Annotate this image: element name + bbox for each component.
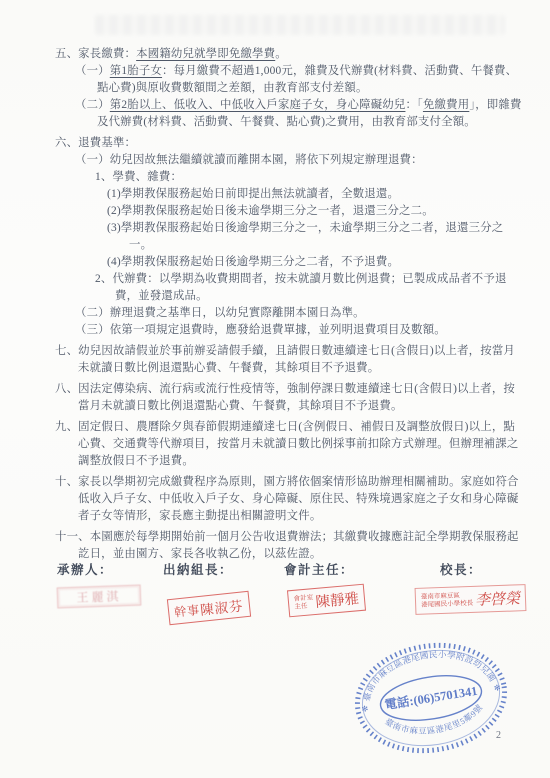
doc-paragraph: （一）幼兒因故無法繼續就讀而離開本園，將依下列規定辦理退費： <box>75 152 523 169</box>
text-run: 1、學費、雜費： <box>95 171 182 183</box>
text-run: （三）依第一項規定退費時，應發給退費單據，並列明退費項目及數額。 <box>75 324 446 336</box>
handler-name-stamp: 王麗淇 <box>57 585 142 609</box>
page-number: 2 <box>496 730 501 741</box>
doc-paragraph: 1、學費、雜費： <box>95 169 523 186</box>
seal-left-floret-icon: ✻ <box>361 704 369 714</box>
signature-label-handler: 承辦人： <box>57 560 113 578</box>
doc-paragraph: 七、幼兒因故請假並於事前辦妥請假手續，且請假日數連續達七日(含假日)以上者，按當… <box>55 343 523 377</box>
text-run: 八、因法定傳染病、流行病或流行性疫情等，強制停課日數連續達七日(含假日)以上者，… <box>55 383 515 412</box>
cashier-name-stamp: 幹事陳淑芬 <box>167 591 251 625</box>
accounting-stamp-title: 會計室 主任 <box>293 594 314 611</box>
doc-paragraph: (2)學期教保服務起始日後未逾學期三分之一者，退還三分之二。 <box>107 203 523 220</box>
text-run: （二）辦理退費之基準日，以幼兒實際離開本園日為準。 <box>75 307 365 319</box>
text-run: ：「 <box>405 99 422 111</box>
doc-paragraph: （二）辦理退費之基準日，以幼兒實際離開本園日為準。 <box>75 305 523 322</box>
principal-stamp-name: 李啓榮 <box>475 587 521 610</box>
principal-stamp-org: 臺南市麻豆區 港尾國民小學校長 <box>421 592 473 609</box>
doc-paragraph: （二）第2胎以上、低收入、中低收入戶家庭子女，身心障礙幼兒：「免繳費用」，即雜費… <box>75 97 523 131</box>
text-run: (4)學期教保服務起始日後逾學期三分之二者，不予退費。 <box>107 256 399 268</box>
text-run: 七、幼兒因故請假並於事前辦妥請假手續，且請假日數連續達七日(含假日)以上者，按當… <box>55 345 515 374</box>
doc-paragraph: (4)學期教保服務起始日後逾學期三分之二者，不予退費。 <box>107 254 523 271</box>
accounting-chief-stamp: 會計室 主任 陳靜雅 <box>287 584 366 618</box>
text-run: (2)學期教保服務起始日後未逾學期三分之一者，退還三分之二。 <box>107 205 434 217</box>
doc-paragraph: 六、退費基準： <box>55 135 523 152</box>
text-run: （一） <box>75 65 110 77</box>
text-run: 十、家長以學期初完成繳費程序為原則，園方將依個案情形協助辦理相關補助。家庭如符合… <box>55 476 519 522</box>
text-run: 。 <box>275 48 287 60</box>
text-run: 六、退費基準： <box>55 137 136 149</box>
seal-right-floret-icon: ✻ <box>493 683 501 693</box>
underlined-text: 第2胎以上、低收入、中低收入戶家庭子女，身心障礙幼兒 <box>110 99 406 111</box>
signature-label-principal: 校長： <box>440 560 482 578</box>
doc-paragraph: （三）依第一項規定退費時，應發給退費單據，並列明退費項目及數額。 <box>75 322 523 339</box>
doc-paragraph: 2、代辦費：以學期為收費期間者，按未就讀月數比例退費；已製成成品者不予退費，並發… <box>95 271 523 305</box>
scanned-document-page: 五、家長繳費：本國籍幼兒就學即免繳學費。（一）第1胎子女：每月繳費不超過1,00… <box>0 0 550 778</box>
text-run: 十一、本園應於每學期開始前一個月公告收退費辦法；其繳費收據應註記全學期教保服務起… <box>55 531 519 560</box>
signature-label-accounting: 會計主任： <box>284 560 354 578</box>
school-seal-svg: 臺南市麻豆區港尾國民小學附設幼兒園 臺南市麻豆區港尾里5鄰9號 電話:(06)5… <box>344 626 519 769</box>
text-run: 2、代辦費：以學期為收費期間者，按未就讀月數比例退費；已製成成品者不予退費，並發… <box>95 273 507 302</box>
principal-stamp: 臺南市麻豆區 港尾國民小學校長 李啓榮 <box>415 584 527 615</box>
cashier-stamp-name: 陳淑芬 <box>199 594 244 618</box>
principal-org-line2: 港尾國民小學校長 <box>421 599 473 608</box>
doc-paragraph: 五、家長繳費：本國籍幼兒就學即免繳學費。 <box>55 46 523 63</box>
doc-paragraph: 八、因法定傳染病、流行病或流行性疫情等，強制停課日數連續達七日(含假日)以上者，… <box>55 381 523 415</box>
handler-stamp-name: 王麗淇 <box>76 587 122 606</box>
bleedthrough-artifact <box>95 15 505 35</box>
signature-label-cashier: 出納組長： <box>163 560 233 578</box>
underlined-text: 本國籍幼兒就學即免繳學費 <box>136 48 275 60</box>
seal-phone-text: 電話:(06)5701341 <box>383 683 478 712</box>
underlined-text: 免繳費用 <box>423 99 469 111</box>
doc-paragraph: 九、固定假日、農曆除夕與春節假期連續達七日(含例假日、補假日及調整放假日)以上，… <box>55 419 523 470</box>
text-run: （一）幼兒因故無法繼續就讀而離開本園，將依下列規定辦理退費： <box>75 154 423 166</box>
text-run: (1)學期教保服務起始日前即提出無法就讀者，全數退還。 <box>107 188 399 200</box>
accounting-stamp-name: 陳靜雅 <box>315 587 360 612</box>
doc-paragraph: (1)學期教保服務起始日前即提出無法就讀者，全數退還。 <box>107 186 523 203</box>
doc-paragraph: （一）第1胎子女：每月繳費不超過1,000元，雜費及代辦費(材料費、活動費、午餐… <box>75 63 523 97</box>
underlined-text: 第1胎子女 <box>110 65 162 77</box>
school-seal-stamp: 臺南市麻豆區港尾國民小學附設幼兒園 臺南市麻豆區港尾里5鄰9號 電話:(06)5… <box>344 626 519 769</box>
text-run: 五、家長繳費： <box>55 48 136 60</box>
doc-paragraph: 十一、本園應於每學期開始前一個月公告收退費辦法；其繳費收據應註記全學期教保服務起… <box>55 529 523 563</box>
doc-paragraph: 十、家長以學期初完成繳費程序為原則，園方將依個案情形協助辦理相關補助。家庭如符合… <box>55 474 523 525</box>
document-body: 五、家長繳費：本國籍幼兒就學即免繳學費。（一）第1胎子女：每月繳費不超過1,00… <box>55 46 523 563</box>
text-run: 九、固定假日、農曆除夕與春節假期連續達七日(含例假日、補假日及調整放假日)以上，… <box>55 421 518 467</box>
text-run: （二） <box>75 99 110 111</box>
cashier-stamp-title: 幹事 <box>173 600 201 620</box>
text-run: (3)學期教保服務起始日後逾學期三分之一，未逾學期三分之二者，退還三分之一。 <box>107 222 503 251</box>
accounting-title-line2: 主任 <box>294 602 314 611</box>
doc-paragraph: (3)學期教保服務起始日後逾學期三分之一，未逾學期三分之二者，退還三分之一。 <box>107 220 523 254</box>
